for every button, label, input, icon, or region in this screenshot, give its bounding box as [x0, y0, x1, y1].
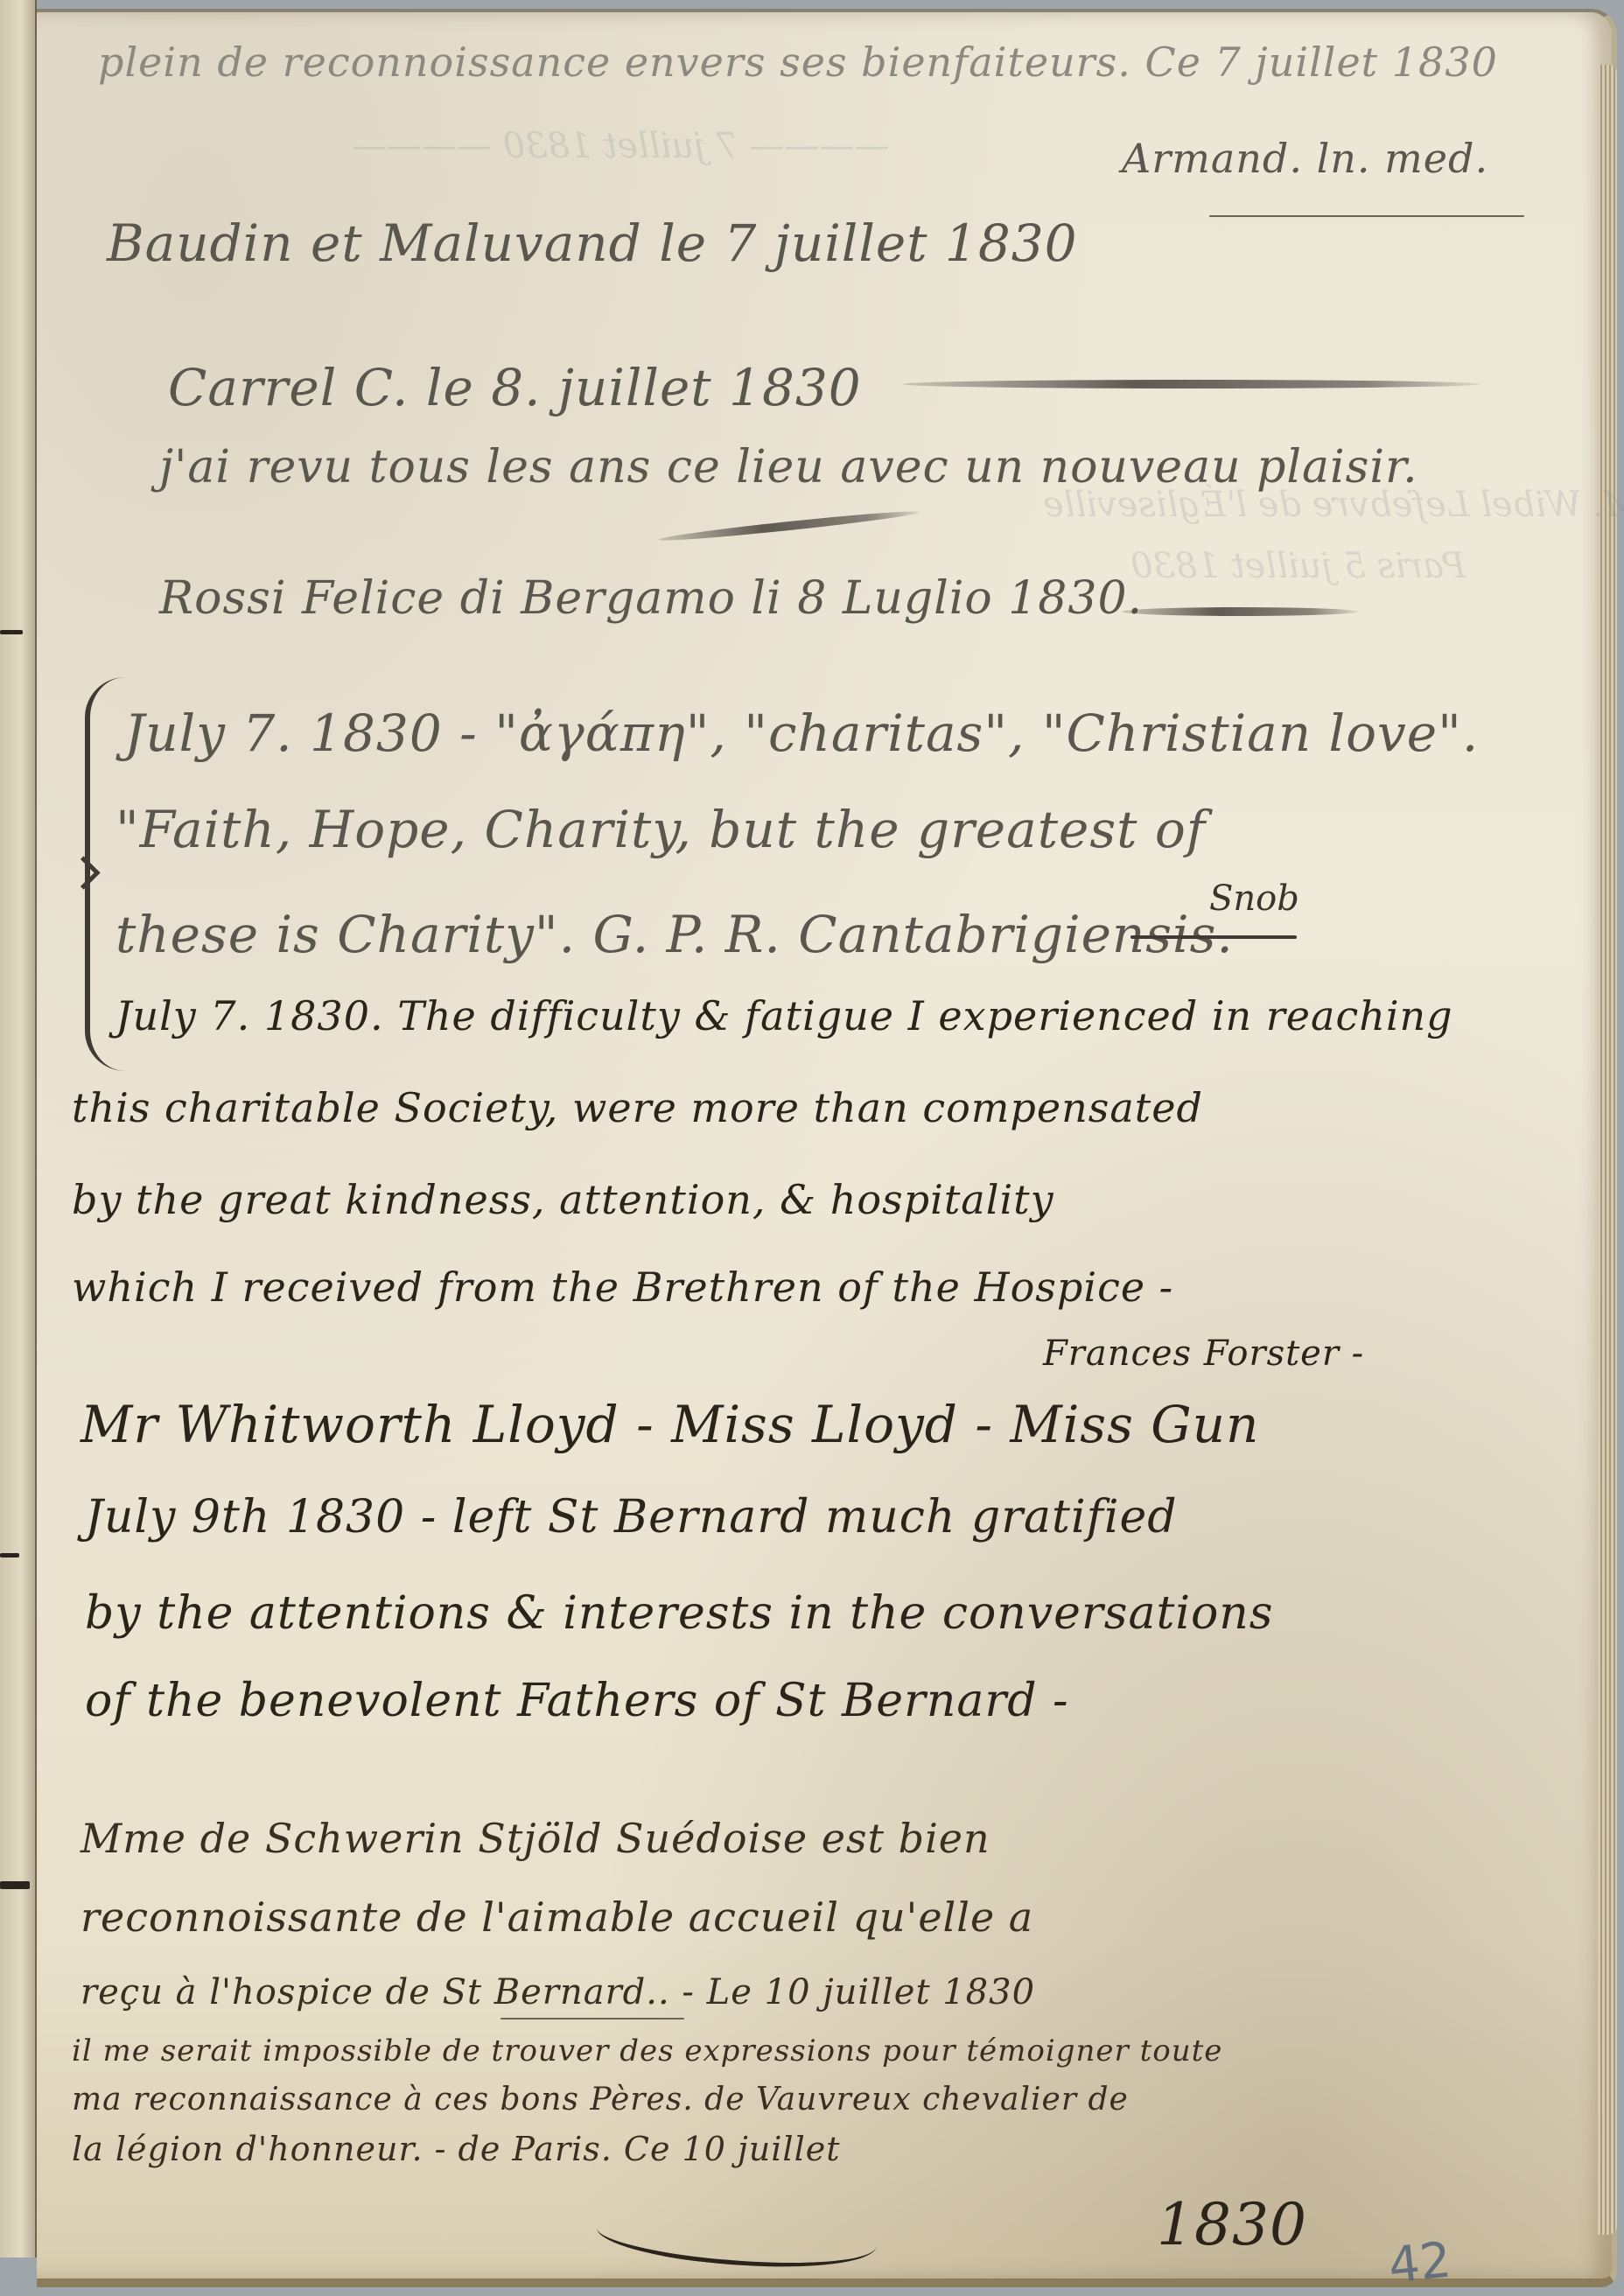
entry-date-year: 1830 — [1157, 2191, 1307, 2258]
ink-mark — [0, 1553, 19, 1557]
entry-line: Mme de Schwerin Stjöld Suédoise est bien — [80, 1815, 990, 1862]
strike-through — [1130, 935, 1297, 939]
entry-line: these is Charity". G. P. R. Cantabrigien… — [115, 905, 1234, 964]
ink-dash — [903, 380, 1480, 388]
entry-line: by the attentions & interests in the con… — [85, 1587, 1273, 1640]
manuscript-page: ———— 7 juillet 1830 ———— a vide M. Wibel… — [37, 9, 1617, 2287]
entry-line: j'ai revu tous les ans ce lieu avec un n… — [159, 441, 1418, 493]
ink-dash — [1122, 607, 1358, 616]
signature-flourish — [594, 2194, 878, 2279]
entry-line: reçu à l'hospice de St Bernard.. - Le 10… — [80, 1972, 1035, 2012]
entry-line: July 9th 1830 - left St Bernard much gra… — [85, 1491, 1178, 1543]
entry-line: this charitable Society, were more than … — [72, 1084, 1203, 1131]
word-underline — [500, 2018, 684, 2019]
entry-line: by the great kindness, attention, & hosp… — [72, 1176, 1054, 1223]
entry-line: plein de reconnoissance envers ses bienf… — [98, 38, 1498, 86]
ink-dash — [658, 507, 920, 543]
bleed-through-text: Paris 5 juillet 1830 — [1130, 546, 1466, 586]
entry-line: Baudin et Maluvand le 7 juillet 1830 — [107, 213, 1078, 273]
facing-page-edge — [0, 0, 37, 2257]
entry-line: reconnoissante de l'aimable accueil qu'e… — [80, 1893, 1033, 1941]
entry-line: which I received from the Brethren of th… — [72, 1263, 1173, 1311]
bleed-through-text: ———— 7 juillet 1830 ———— — [352, 126, 889, 166]
entry-line: "Faith, Hope, Charity, but the greatest … — [115, 800, 1206, 859]
entry-line: Mr Whitworth Lloyd - Miss Lloyd - Miss G… — [80, 1395, 1259, 1454]
signature-underline — [1209, 215, 1524, 217]
entry-line: Carrel C. le 8. juillet 1830 — [168, 358, 862, 417]
page-stack-edge — [1598, 65, 1617, 2235]
entry-signature: Armand. ln. med. — [1122, 135, 1488, 182]
entry-line: la légion d'honneur. - de Paris. Ce 10 j… — [72, 2130, 840, 2168]
entry-line: July 7. 1830 - "ἀγάπη", "charitas", "Chr… — [124, 703, 1479, 763]
manuscript-scan: ———— 7 juillet 1830 ———— a vide M. Wibel… — [0, 0, 1624, 2296]
ink-mark — [0, 1881, 30, 1889]
entry-line: Rossi Felice di Bergamo li 8 Luglio 1830… — [159, 572, 1143, 625]
ink-mark — [0, 630, 23, 634]
entry-line: July 7. 1830. The difficulty & fatigue I… — [115, 992, 1453, 1039]
page-number: 42 — [1386, 2231, 1454, 2294]
entry-line: of the benevolent Fathers of St Bernard … — [85, 1675, 1069, 1727]
entry-line: ma reconnaissance à ces bons Pères. de V… — [72, 2082, 1129, 2117]
entry-signature: Frances Forster - — [1043, 1333, 1364, 1374]
entry-line: il me serait impossible de trouver des e… — [72, 2033, 1222, 2068]
